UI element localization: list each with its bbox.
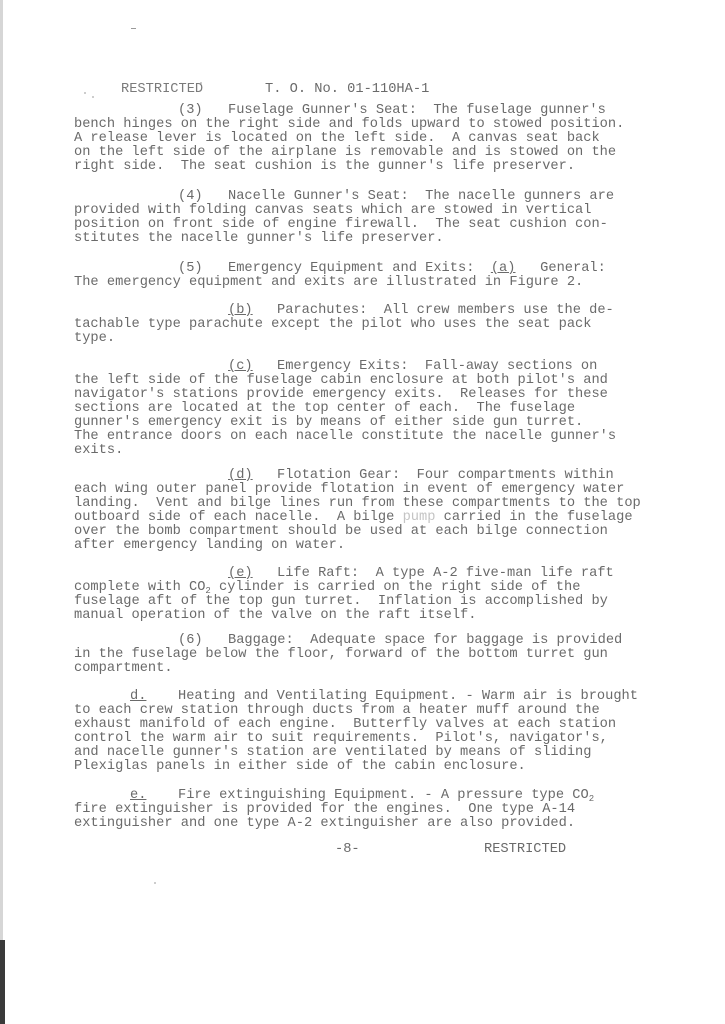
paragraph-line: navigator's stations provide emergency e…	[74, 388, 608, 402]
paragraph-line: complete with CO2 cylinder is carried on…	[74, 581, 580, 595]
scan-speck	[92, 96, 94, 98]
paragraph-line: type.	[74, 332, 115, 346]
subparagraph-label: (c)	[228, 360, 253, 374]
paragraph-line: Flotation Gear: Four compartments within	[277, 469, 614, 483]
paragraph-number: (3)	[178, 104, 203, 118]
paragraph-line: sections are located at the top center o…	[74, 402, 575, 416]
paragraph-line: on the left side of the airplane is remo…	[74, 146, 616, 160]
paragraph-line: exits.	[74, 444, 123, 458]
scan-edge	[0, 0, 3, 940]
paragraph-line: Baggage: Adequate space for baggage is p…	[228, 634, 622, 648]
scan-speck	[154, 882, 156, 884]
paragraph-line: Fuselage Gunner's Seat: The fuselage gun…	[228, 104, 606, 118]
scan-edge-shadow	[0, 940, 5, 1024]
paragraph-line: compartment.	[74, 662, 173, 676]
text-run: Fire extinguishing Equipment. - A pressu…	[178, 788, 589, 803]
subparagraph-label: (b)	[228, 304, 253, 318]
paragraph-line: fuselage aft of the top gun turret. Infl…	[74, 595, 608, 609]
paragraph-line: bench hinges on the right side and folds…	[74, 118, 624, 132]
paragraph-line: right side. The seat cushion is the gunn…	[74, 160, 575, 174]
paragraph-line: Heating and Ventilating Equipment. - War…	[178, 690, 638, 704]
paragraph-line: and nacelle gunner's station are ventila…	[74, 746, 591, 760]
paragraph-line: fire extinguisher is provided for the en…	[74, 803, 575, 817]
subparagraph-label: (e)	[228, 567, 253, 581]
paragraph-line: Emergency Equipment and Exits: (a) Gener…	[228, 262, 606, 276]
header-classification: RESTRICTED	[121, 83, 203, 97]
page-number: -8-	[335, 843, 360, 857]
paragraph-line: gunner's emergency exit is by means of e…	[74, 416, 583, 430]
paragraph-line: Nacelle Gunner's Seat: The nacelle gunne…	[228, 190, 614, 204]
paragraph-line: outboard side of each nacelle. A bilge p…	[74, 511, 633, 525]
text-run: complete with CO	[74, 580, 205, 595]
paragraph-line: A release lever is located on the left s…	[74, 132, 600, 146]
paragraph-line: tachable type parachute except the pilot…	[74, 318, 591, 332]
text-run: carried in the fuselage	[435, 510, 632, 525]
paragraph-line: stitutes the nacelle gunner's life prese…	[74, 232, 444, 246]
paragraph-line: extinguisher and one type A-2 extinguish…	[74, 817, 575, 831]
scan-speck	[84, 92, 86, 94]
subscript: 2	[589, 794, 594, 804]
paragraph-number: (4)	[178, 190, 203, 204]
paragraph-line: each wing outer panel provide flotation …	[74, 483, 624, 497]
paragraph-line: Plexiglas panels in either side of the c…	[74, 760, 526, 774]
heading-text: Emergency Equipment and Exits:	[228, 261, 491, 276]
header-doc-number: T. O. No. 01-110HA-1	[265, 83, 429, 97]
paragraph-line: in the fuselage below the floor, forward…	[74, 648, 608, 662]
paragraph-line: to each crew station through ducts from …	[74, 704, 600, 718]
paragraph-line: the left side of the fuselage cabin encl…	[74, 374, 608, 388]
paragraph-number: (6)	[178, 634, 203, 648]
subparagraph-label: (a)	[491, 261, 516, 276]
text-run: outboard side of each nacelle. A bilge	[74, 510, 403, 525]
paragraph-line: provided with folding canvas seats which…	[74, 204, 591, 218]
paragraph-line: The entrance doors on each nacelle const…	[74, 430, 616, 444]
subparagraph-label: (d)	[228, 469, 253, 483]
faded-text: pump	[403, 510, 436, 525]
paragraph-number: (5)	[178, 262, 203, 276]
paragraph-line: Emergency Exits: Fall-away sections on	[277, 360, 597, 374]
section-label: e.	[130, 789, 146, 803]
document-page: RESTRICTED T. O. No. 01-110HA-1 (3) Fuse…	[0, 0, 725, 1024]
footer-classification: RESTRICTED	[484, 843, 566, 857]
text-run: cylinder is carried on the right side of…	[211, 580, 581, 595]
paragraph-line: Fire extinguishing Equipment. - A pressu…	[178, 789, 594, 803]
scan-mark	[131, 28, 136, 29]
paragraph-line: The emergency equipment and exits are il…	[74, 276, 583, 290]
paragraph-line: landing. Vent and bilge lines run from t…	[74, 497, 641, 511]
paragraph-line: exhaust manifold of each engine. Butterf…	[74, 718, 616, 732]
heading-text: General:	[516, 261, 606, 276]
paragraph-line: after emergency landing on water.	[74, 539, 345, 553]
paragraph-line: position on front side of engine firewal…	[74, 218, 608, 232]
paragraph-line: over the bomb compartment should be used…	[74, 525, 608, 539]
paragraph-line: Life Raft: A type A-2 five-man life raft	[277, 567, 614, 581]
paragraph-line: manual operation of the valve on the raf…	[74, 609, 476, 623]
section-label: d.	[130, 690, 146, 704]
paragraph-line: control the warm air to suit requirement…	[74, 732, 608, 746]
paragraph-line: Parachutes: All crew members use the de-	[277, 304, 614, 318]
